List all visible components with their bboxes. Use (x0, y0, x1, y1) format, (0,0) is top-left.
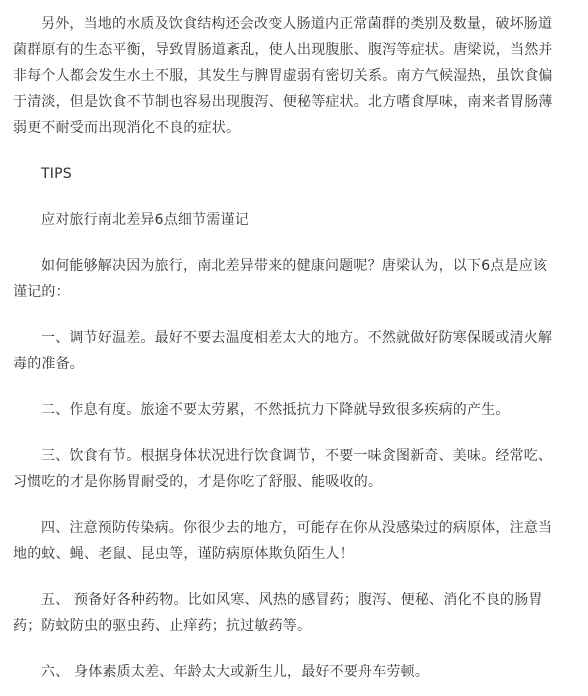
tip-item-1: 一、调节好温差。最好不要去温度相差太大的地方。不然就做好防寒保暖或清火解毒的准备… (13, 325, 558, 377)
section-heading: 应对旅行南北差异6点细节需谨记 (13, 207, 558, 233)
tips-label: TIPS (13, 161, 558, 187)
tip-item-4: 四、注意预防传染病。你很少去的地方，可能存在你从没感染过的病原体，注意当地的蚊、… (13, 515, 558, 567)
article-body: 另外，当地的水质及饮食结构还会改变人肠道内正常菌群的类别及数量，破坏肠道菌群原有… (0, 0, 588, 685)
tip-item-6: 六、 身体素质太差、年龄太大或新生儿，最好不要舟车劳顿。 (13, 659, 558, 685)
tip-item-3: 三、饮食有节。根据身体状况进行饮食调节，不要一味贪图新奇、美味。经常吃、习惯吃的… (13, 443, 558, 495)
question-paragraph: 如何能够解决因为旅行，南北差异带来的健康问题呢？唐梁认为，以下6点是应该谨记的： (13, 253, 558, 305)
tip-item-2: 二、作息有度。旅途不要太劳累，不然抵抗力下降就导致很多疾病的产生。 (13, 397, 558, 423)
intro-paragraph: 另外，当地的水质及饮食结构还会改变人肠道内正常菌群的类别及数量，破坏肠道菌群原有… (13, 11, 558, 141)
tip-item-5: 五、 预备好各种药物。比如风寒、风热的感冒药；腹泻、便秘、消化不良的肠胃药；防蚊… (13, 587, 558, 639)
